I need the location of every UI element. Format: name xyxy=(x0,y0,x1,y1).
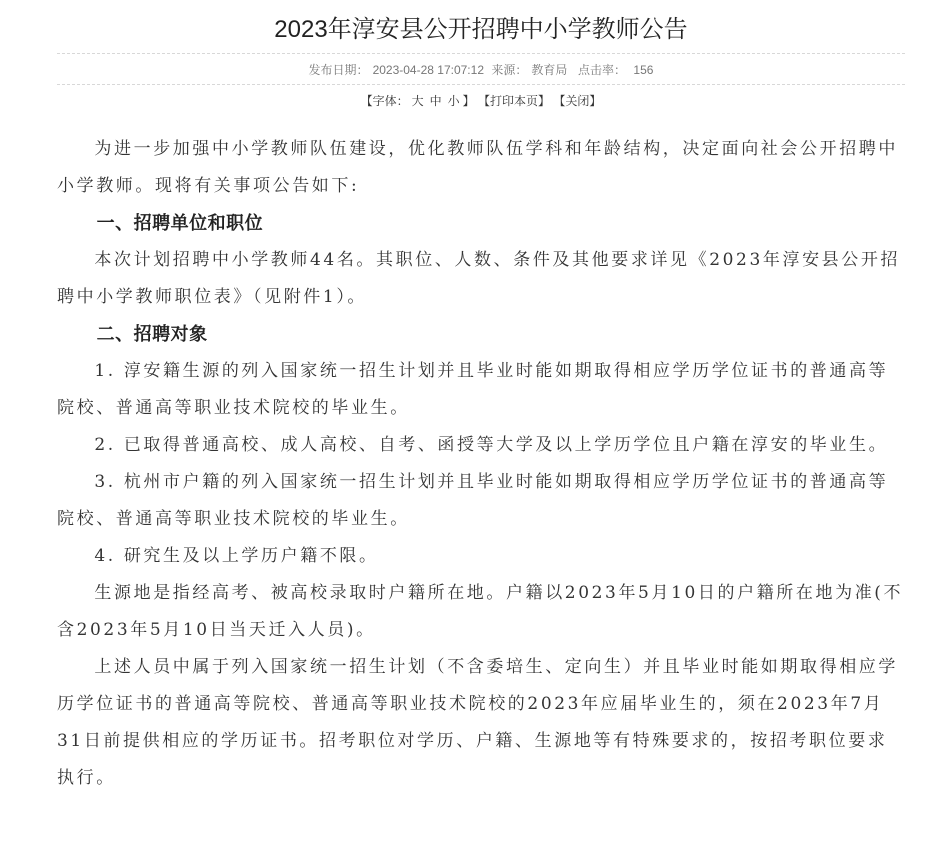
source: 教育局 xyxy=(531,63,567,77)
body-paragraph: 4. 研究生及以上学历户籍不限。 xyxy=(57,538,905,575)
body-paragraph: 上述人员中属于列入国家统一招生计划（不含委培生、定向生）并且毕业时能如期取得相应… xyxy=(57,649,905,797)
intro-paragraph: 为进一步加强中小学教师队伍建设，优化教师队伍学科和年龄结构，决定面向社会公开招聘… xyxy=(57,131,905,205)
publish-date-label: 发布日期： xyxy=(309,63,369,77)
article-title: 2023年淳安县公开招聘中小学教师公告 xyxy=(57,0,905,53)
source-label: 来源： xyxy=(491,63,527,77)
font-size-small-button[interactable]: 小 xyxy=(448,94,460,108)
font-size-bracket: 】 xyxy=(463,94,475,108)
section-heading: 二、招聘对象 xyxy=(57,316,905,353)
article-tools: 【字体：大中小】 【打印本页】 【关闭】 xyxy=(57,85,905,117)
body-paragraph: 本次计划招聘中小学教师44名。其职位、人数、条件及其他要求详见《2023年淳安县… xyxy=(57,242,905,316)
clicks-label: 点击率： xyxy=(578,63,626,77)
body-paragraph: 3. 杭州市户籍的列入国家统一招生计划并且毕业时能如期取得相应学历学位证书的普通… xyxy=(57,464,905,538)
section-heading: 一、招聘单位和职位 xyxy=(57,205,905,242)
article-container: 2023年淳安县公开招聘中小学教师公告 发布日期：2023-04-28 17:0… xyxy=(57,0,905,797)
publish-date: 2023-04-28 17:07:12 xyxy=(373,63,484,77)
font-size-medium-button[interactable]: 中 xyxy=(430,94,442,108)
article-body: 为进一步加强中小学教师队伍建设，优化教师队伍学科和年龄结构，决定面向社会公开招聘… xyxy=(57,131,905,797)
close-button[interactable]: 【关闭】 xyxy=(553,94,601,108)
click-count: 156 xyxy=(633,63,653,77)
body-paragraph: 1. 淳安籍生源的列入国家统一招生计划并且毕业时能如期取得相应学历学位证书的普通… xyxy=(57,353,905,427)
font-size-large-button[interactable]: 大 xyxy=(412,94,424,108)
article-meta: 发布日期：2023-04-28 17:07:12 来源：教育局 点击率： 156 xyxy=(57,54,905,84)
print-page-button[interactable]: 【打印本页】 xyxy=(478,94,550,108)
font-size-label: 【字体： xyxy=(361,94,409,108)
body-paragraph: 生源地是指经高考、被高校录取时户籍所在地。户籍以2023年5月10日的户籍所在地… xyxy=(57,575,905,649)
body-paragraph: 2. 已取得普通高校、成人高校、自考、函授等大学及以上学历学位且户籍在淳安的毕业… xyxy=(57,427,905,464)
